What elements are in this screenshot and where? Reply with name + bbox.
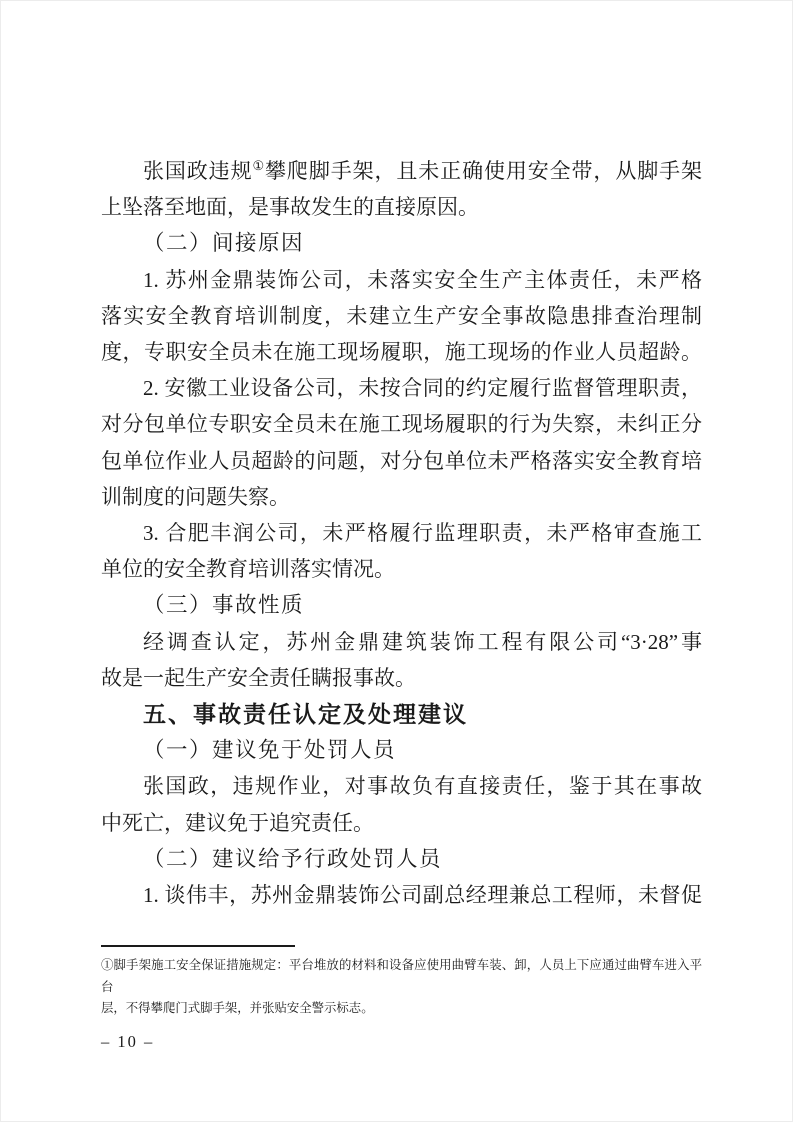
sub-heading: （三）事故性质 <box>101 587 702 623</box>
text-line: 落实安全教育培训制度，未建立生产安全事故隐患排查治理制 <box>101 298 702 334</box>
text-line: 张国政违规①攀爬脚手架，且未正确使用安全带，从脚手架 <box>101 153 702 189</box>
footnote: ①脚手架施工安全保证措施规定：平台堆放的材料和设备应使用曲臂车装、卸，人员上下应… <box>101 955 702 1020</box>
page-number: – 10 – <box>101 1032 154 1052</box>
sub-heading: （二）间接原因 <box>101 225 702 261</box>
text-line: 2. 安徽工业设备公司，未按合同的约定履行监督管理职责， <box>101 370 702 406</box>
footnote-line: 层，不得攀爬门式脚手架，并张贴安全警示标志。 <box>101 998 702 1020</box>
sub-heading: （二）建议给予行政处罚人员 <box>101 841 702 877</box>
section-heading: 五、事故责任认定及处理建议 <box>101 696 702 732</box>
text-line: 故是一起生产安全责任瞒报事故。 <box>101 660 702 696</box>
sub-heading: （一）建议免于处罚人员 <box>101 732 702 768</box>
text-line: 单位的安全教育培训落实情况。 <box>101 551 702 587</box>
document-body: 张国政违规①攀爬脚手架，且未正确使用安全带，从脚手架上坠落至地面，是事故发生的直… <box>101 153 702 913</box>
text-line: 训制度的问题失察。 <box>101 479 702 515</box>
text-line: 上坠落至地面，是事故发生的直接原因。 <box>101 189 702 225</box>
text-line: 对分包单位专职安全员未在施工现场履职的行为失察，未纠正分 <box>101 406 702 442</box>
text-line: 1. 谈伟丰，苏州金鼎装饰公司副总经理兼总工程师，未督促 <box>101 877 702 913</box>
document-page: 张国政违规①攀爬脚手架，且未正确使用安全带，从脚手架上坠落至地面，是事故发生的直… <box>0 0 793 1122</box>
footnote-separator <box>101 945 295 947</box>
text-line: 张国政，违规作业，对事故负有直接责任，鉴于其在事故 <box>101 768 702 804</box>
text-line: 经调查认定，苏州金鼎建筑装饰工程有限公司“3·28”事 <box>101 624 702 660</box>
text-line: 中死亡，建议免于追究责任。 <box>101 805 702 841</box>
text-line: 1. 苏州金鼎装饰公司，未落实安全生产主体责任，未严格 <box>101 262 702 298</box>
text-line: 度，专职安全员未在施工现场履职，施工现场的作业人员超龄。 <box>101 334 702 370</box>
text-line: 包单位作业人员超龄的问题，对分包单位未严格落实安全教育培 <box>101 443 702 479</box>
text-line: 3. 合肥丰润公司，未严格履行监理职责，未严格审查施工 <box>101 515 702 551</box>
footnote-ref-mark: ① <box>252 158 265 173</box>
footnote-line: ①脚手架施工安全保证措施规定：平台堆放的材料和设备应使用曲臂车装、卸，人员上下应… <box>101 955 702 998</box>
